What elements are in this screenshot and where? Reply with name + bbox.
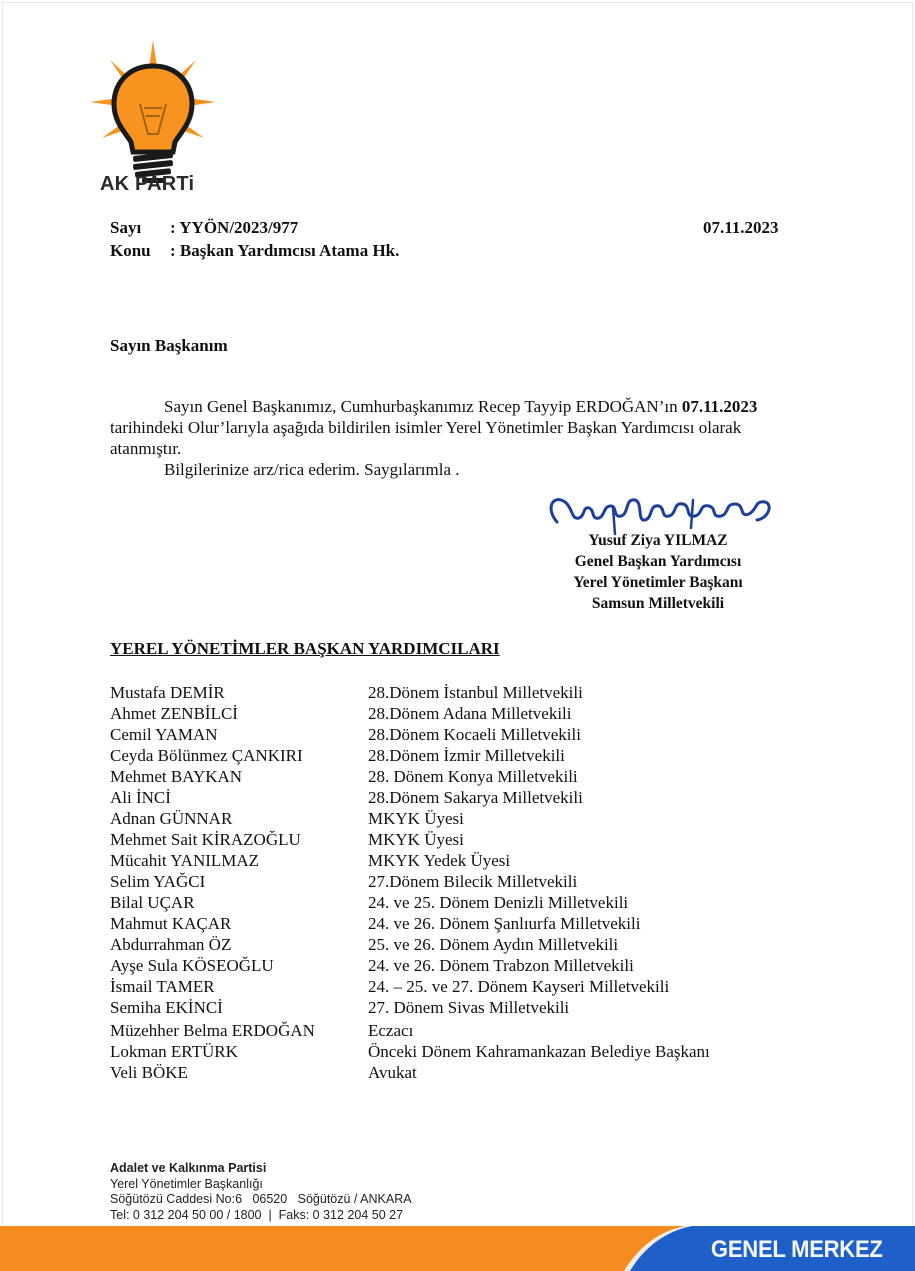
appointee-role: Önceki Dönem Kahramankazan Belediye Başk… [368,1042,710,1062]
appointee-role: 24. ve 26. Dönem Şanlıurfa Milletvekili [368,914,640,934]
signatory-title-2: Yerel Yönetimler Başkanı [548,572,768,593]
appointee-role: 28.Dönem İstanbul Milletvekili [368,683,583,703]
appointee-role: MKYK Yedek Üyesi [368,851,510,871]
konu-value: : Başkan Yardımcısı Atama Hk. [170,241,399,260]
logo-text: AK PARTi [100,173,194,196]
appointee-name: Adnan GÜNNAR [110,809,232,829]
signatory-title-3: Samsun Milletvekili [548,593,768,614]
appointee-name: Mücahit YANILMAZ [110,851,259,871]
appointee-name: Ayşe Sula KÖSEOĞLU [110,956,274,976]
appointee-name: Bilal UÇAR [110,893,195,913]
appointee-role: 28.Dönem Kocaeli Milletvekili [368,725,581,745]
appointee-name: Müzehher Belma ERDOĞAN [110,1021,315,1041]
appointee-name: Semiha EKİNCİ [110,998,223,1018]
appointee-role: 27. Dönem Sivas Milletvekili [368,998,569,1018]
appointee-role: MKYK Üyesi [368,830,464,850]
appointee-role: 24. ve 26. Dönem Trabzon Milletvekili [368,956,634,976]
appointee-role: 28. Dönem Konya Milletvekili [368,767,578,787]
footer-contact: Tel: 0 312 204 50 00 / 1800 | Faks: 0 31… [110,1208,412,1224]
appointee-role: Avukat [368,1063,417,1083]
footer-org: Adalet ve Kalkınma Partisi [110,1161,412,1177]
appointee-role: 27.Dönem Bilecik Milletvekili [368,872,577,892]
body-paragraph-line1: Sayın Genel Başkanımız, Cumhurbaşkanımız… [164,397,757,417]
appointee-role: 28.Dönem Adana Milletvekili [368,704,572,724]
appointee-name: Ceyda Bölünmez ÇANKIRI [110,746,303,766]
body-paragraph-line2: tarihindeki Olur’larıyla aşağıda bildiri… [110,418,741,438]
sayi-value: : YYÖN/2023/977 [170,218,298,237]
appointee-role: Eczacı [368,1021,413,1041]
body-paragraph-line3: atanmıştır. [110,439,181,459]
appointee-name: Veli BÖKE [110,1063,188,1083]
konu-label: Konu [110,241,170,261]
footer-band-text: GENEL MERKEZ [711,1236,883,1264]
list-heading: YEREL YÖNETİMLER BAŞKAN YARDIMCILARI [110,639,500,659]
appointee-name: Mehmet Sait KİRAZOĞLU [110,830,301,850]
appointee-role: 28.Dönem İzmir Milletvekili [368,746,565,766]
appointee-role: MKYK Üyesi [368,809,464,829]
appointee-name: Mehmet BAYKAN [110,767,242,787]
appointee-name: Ahmet ZENBİLCİ [110,704,238,724]
footer-address-block: Adalet ve Kalkınma Partisi Yerel Yönetim… [110,1161,412,1223]
signatory-title-1: Genel Başkan Yardımcısı [548,551,768,572]
body-closing: Bilgilerinize arz/rica ederim. Saygıları… [164,460,460,480]
appointee-name: Lokman ERTÜRK [110,1042,238,1062]
appointee-name: Mahmut KAÇAR [110,914,231,934]
appointee-role: 24. ve 25. Dönem Denizli Milletvekili [368,893,628,913]
appointee-name: Selim YAĞCI [110,872,205,892]
footer-address: Söğütözü Caddesi No:6 06520 Söğütözü / A… [110,1192,412,1208]
signatory-name: Yusuf Ziya YILMAZ [548,530,768,551]
appointee-name: Cemil YAMAN [110,725,218,745]
appointee-role: 24. – 25. ve 27. Dönem Kayseri Milletvek… [368,977,669,997]
salutation: Sayın Başkanım [110,336,228,356]
footer-dept: Yerel Yönetimler Başkanlığı [110,1177,412,1193]
document-number: Sayı: YYÖN/2023/977 [110,218,298,238]
signature-block: Yusuf Ziya YILMAZ Genel Başkan Yardımcıs… [548,530,768,614]
appointee-name: Mustafa DEMİR [110,683,225,703]
appointee-role: 25. ve 26. Dönem Aydın Milletvekili [368,935,618,955]
appointee-role: 28.Dönem Sakarya Milletvekili [368,788,583,808]
appointee-name: Ali İNCİ [110,788,171,808]
document-subject: Konu: Başkan Yardımcısı Atama Hk. [110,241,399,261]
appointee-name: Abdurrahman ÖZ [110,935,231,955]
body-text: Sayın Genel Başkanımız, Cumhurbaşkanımız… [164,397,682,416]
appointee-name: İsmail TAMER [110,977,215,997]
sayi-label: Sayı [110,218,170,238]
document-date: 07.11.2023 [703,218,779,238]
body-date: 07.11.2023 [682,397,758,416]
